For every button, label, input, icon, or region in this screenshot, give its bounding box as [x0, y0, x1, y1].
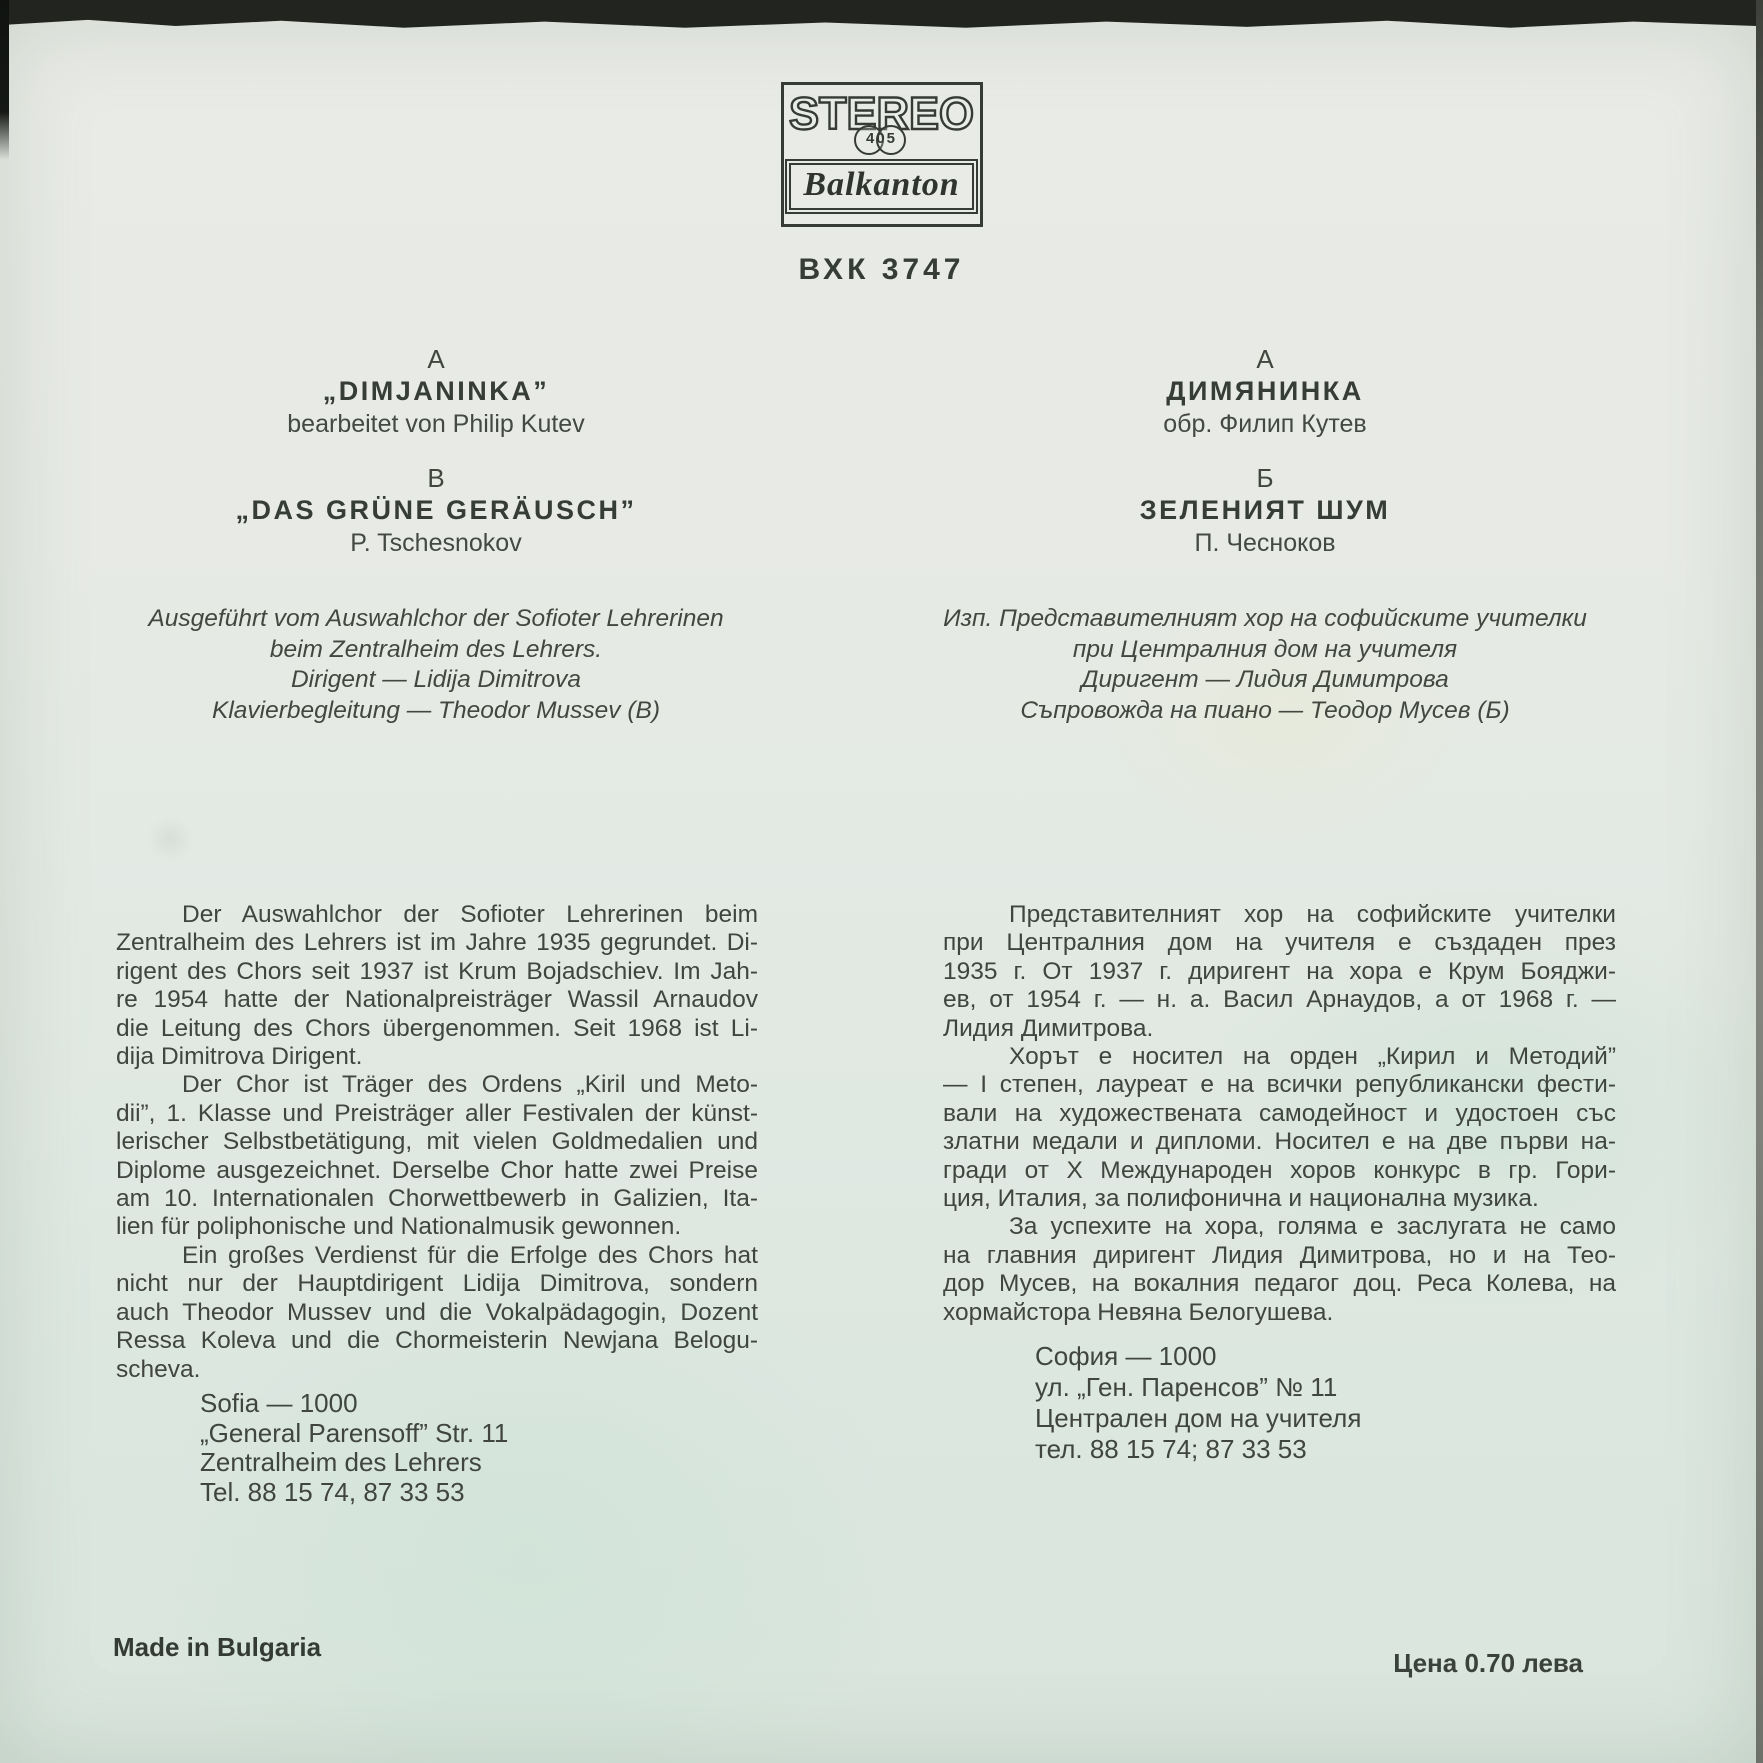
- notes-line-bg: гради от X Международен хоров конкурс в …: [943, 1157, 1616, 1185]
- tracklist-bulgarian: А ДИМЯНИНКА обр. Филип Кутев Б ЗЕЛЕНИЯТ …: [945, 345, 1585, 583]
- notes-line-de: auch Theodor Mussev und die Vokalpädagog…: [116, 1299, 758, 1327]
- liner-notes-german: Der Auswahlchor der Sofioter Lehrerinen …: [116, 901, 758, 1384]
- performer-line-de: beim Zentralheim des Lehrers.: [91, 635, 781, 666]
- side-a-credit-de: bearbeitet von Philip Kutev: [116, 411, 756, 438]
- address-german: Sofia — 1000„General Parensoff” Str. 11Z…: [200, 1389, 508, 1507]
- side-a-title-de: „DIMJANINKA”: [116, 377, 756, 406]
- notes-line-de: nicht nur der Hauptdirigent Lidija Dimit…: [116, 1270, 758, 1298]
- performer-line-bg: Диригент — Лидия Димитрова: [920, 665, 1610, 696]
- side-a-letter-de: A: [116, 345, 756, 373]
- balkanton-logo: STEREO 405 Balkanton: [781, 82, 983, 227]
- notes-line-bg: на главния диригент Лидия Димитрова, но …: [943, 1242, 1616, 1270]
- photo-left-edge: [0, 0, 9, 160]
- notes-line-de: am 10. Internationalen Chorwettbewerb in…: [116, 1185, 758, 1213]
- label-header: STEREO 405 Balkanton ВХК 3747: [0, 82, 1763, 287]
- notes-line-de: Der Chor ist Träger des Ordens „Kiril un…: [116, 1071, 758, 1099]
- photo-right-edge: [1756, 0, 1763, 1763]
- performers-german: Ausgeführt vom Auswahlchor der Sofioter …: [91, 604, 781, 726]
- address-line-de: Zentralheim des Lehrers: [200, 1448, 508, 1478]
- notes-line-bg: вали на художествената самодейност и удо…: [943, 1100, 1616, 1128]
- side-a-credit-bg: обр. Филип Кутев: [945, 411, 1585, 438]
- paragraph: Представителният хор на софийските учите…: [943, 901, 1616, 1043]
- paragraph: Der Auswahlchor der Sofioter Lehrerinen …: [116, 901, 758, 1071]
- notes-line-bg: ев, от 1954 г. — н. а. Васил Арнаудов, а…: [943, 986, 1616, 1014]
- notes-line-bg: Хорът е носител на орден „Кирил и Методи…: [943, 1043, 1616, 1071]
- side-b-letter-bg: Б: [945, 464, 1585, 492]
- made-in-label: Made in Bulgaria: [113, 1632, 321, 1663]
- notes-line-de: Ressa Koleva und die Chormeisterin Newja…: [116, 1327, 758, 1355]
- performer-line-bg: при Централния дом на учителя: [920, 635, 1610, 666]
- side-a-title-bg: ДИМЯНИНКА: [945, 377, 1585, 406]
- liner-notes-bulgarian: Представителният хор на софийските учите…: [943, 901, 1616, 1327]
- side-b-title-bg: ЗЕЛЕНИЯТ ШУМ: [945, 496, 1585, 525]
- notes-line-de: rigent des Chors seit 1937 ist Krum Boja…: [116, 958, 758, 986]
- performer-line-bg: Изп. Представителният хор на софийските …: [920, 604, 1610, 635]
- notes-line-de: Zentralheim des Lehrers ist im Jahre 193…: [116, 929, 758, 957]
- notes-line-bg: — I степен, лауреат е на всички републик…: [943, 1071, 1616, 1099]
- notes-line-de: re 1954 hatte der Nationalpreisträger Wa…: [116, 986, 758, 1014]
- paragraph: Хорът е носител на орден „Кирил и Методи…: [943, 1043, 1616, 1213]
- side-b-title-de: „DAS GRÜNE GERÄUSCH”: [116, 496, 756, 525]
- side-a-letter-bg: А: [945, 345, 1585, 373]
- badge-number: 405: [850, 130, 914, 147]
- balkanton-wordmark-box: Balkanton: [785, 159, 977, 214]
- price-label: Цена 0.70 лева: [1393, 1648, 1583, 1679]
- performer-line-de: Klavierbegleitung — Theodor Mussev (B): [91, 696, 781, 727]
- paragraph: Der Chor ist Träger des Ordens „Kiril un…: [116, 1071, 758, 1241]
- paragraph: Ein großes Verdienst für die Erfolge des…: [116, 1242, 758, 1384]
- performers-bulgarian: Изп. Представителният хор на софийските …: [920, 604, 1610, 726]
- notes-line-bg: 1935 г. От 1937 г. диригент на хора е Кр…: [943, 958, 1616, 986]
- notes-line-bg: За успехите на хора, голяма е заслугата …: [943, 1213, 1616, 1241]
- address-line-bg: София — 1000: [1035, 1341, 1361, 1372]
- address-bulgarian: София — 1000ул. „Ген. Паренсов” № 11Цент…: [1035, 1341, 1361, 1465]
- stereo-405-badge: 405: [850, 125, 914, 155]
- address-line-de: „General Parensoff” Str. 11: [200, 1419, 508, 1449]
- notes-line-de: lien für poliphonische und Nationalmusik…: [116, 1213, 758, 1241]
- address-line-bg: тел. 88 15 74; 87 33 53: [1035, 1434, 1361, 1465]
- notes-line-bg: дор Мусев, на вокалния педагог доц. Реса…: [943, 1270, 1616, 1298]
- notes-line-bg: Лидия Димитрова.: [943, 1015, 1616, 1043]
- performer-line-de: Ausgeführt vom Auswahlchor der Sofioter …: [91, 604, 781, 635]
- side-b-credit-de: P. Tschesnokov: [116, 530, 756, 557]
- performer-line-bg: Съпровожда на пиано — Теодор Мусев (Б): [920, 696, 1610, 727]
- tracklist-german: A „DIMJANINKA” bearbeitet von Philip Kut…: [116, 345, 756, 583]
- notes-line-bg: при Централния дом на учителя е създаден…: [943, 929, 1616, 957]
- notes-line-de: Diplome ausgezeichnet. Derselbe Chor hat…: [116, 1157, 758, 1185]
- address-line-bg: Централен дом на учителя: [1035, 1403, 1361, 1434]
- address-line-de: Sofia — 1000: [200, 1389, 508, 1419]
- notes-line-de: lerischer Selbstbetätigung, mit vielen G…: [116, 1128, 758, 1156]
- notes-line-bg: ция, Италия, за полифонична и национална…: [943, 1185, 1616, 1213]
- notes-line-bg: златни медали и дипломи. Носител е на дв…: [943, 1128, 1616, 1156]
- notes-line-de: dii”, 1. Klasse und Preisträger aller Fe…: [116, 1100, 758, 1128]
- paragraph: За успехите на хора, голяма е заслугата …: [943, 1213, 1616, 1327]
- notes-line-de: scheva.: [116, 1356, 758, 1384]
- notes-line-de: Der Auswahlchor der Sofioter Lehrerinen …: [116, 901, 758, 929]
- notes-line-bg: Представителният хор на софийските учите…: [943, 901, 1616, 929]
- performer-line-de: Dirigent — Lidija Dimitrova: [91, 665, 781, 696]
- address-line-de: Tel. 88 15 74, 87 33 53: [200, 1478, 508, 1508]
- notes-line-de: Ein großes Verdienst für die Erfolge des…: [116, 1242, 758, 1270]
- notes-line-de: dija Dimitrova Dirigent.: [116, 1043, 758, 1071]
- side-b-credit-bg: П. Чесноков: [945, 530, 1585, 557]
- notes-line-de: die Leitung des Chors übergenommen. Seit…: [116, 1015, 758, 1043]
- side-b-letter-de: B: [116, 464, 756, 492]
- notes-line-bg: хормайстора Невяна Белогушева.: [943, 1299, 1616, 1327]
- balkanton-wordmark: Balkanton: [803, 166, 959, 203]
- catalog-number: ВХК 3747: [799, 253, 965, 287]
- record-sleeve-back-scan: STEREO 405 Balkanton ВХК 3747 A „DIMJANI…: [0, 0, 1763, 1763]
- address-line-bg: ул. „Ген. Паренсов” № 11: [1035, 1372, 1361, 1403]
